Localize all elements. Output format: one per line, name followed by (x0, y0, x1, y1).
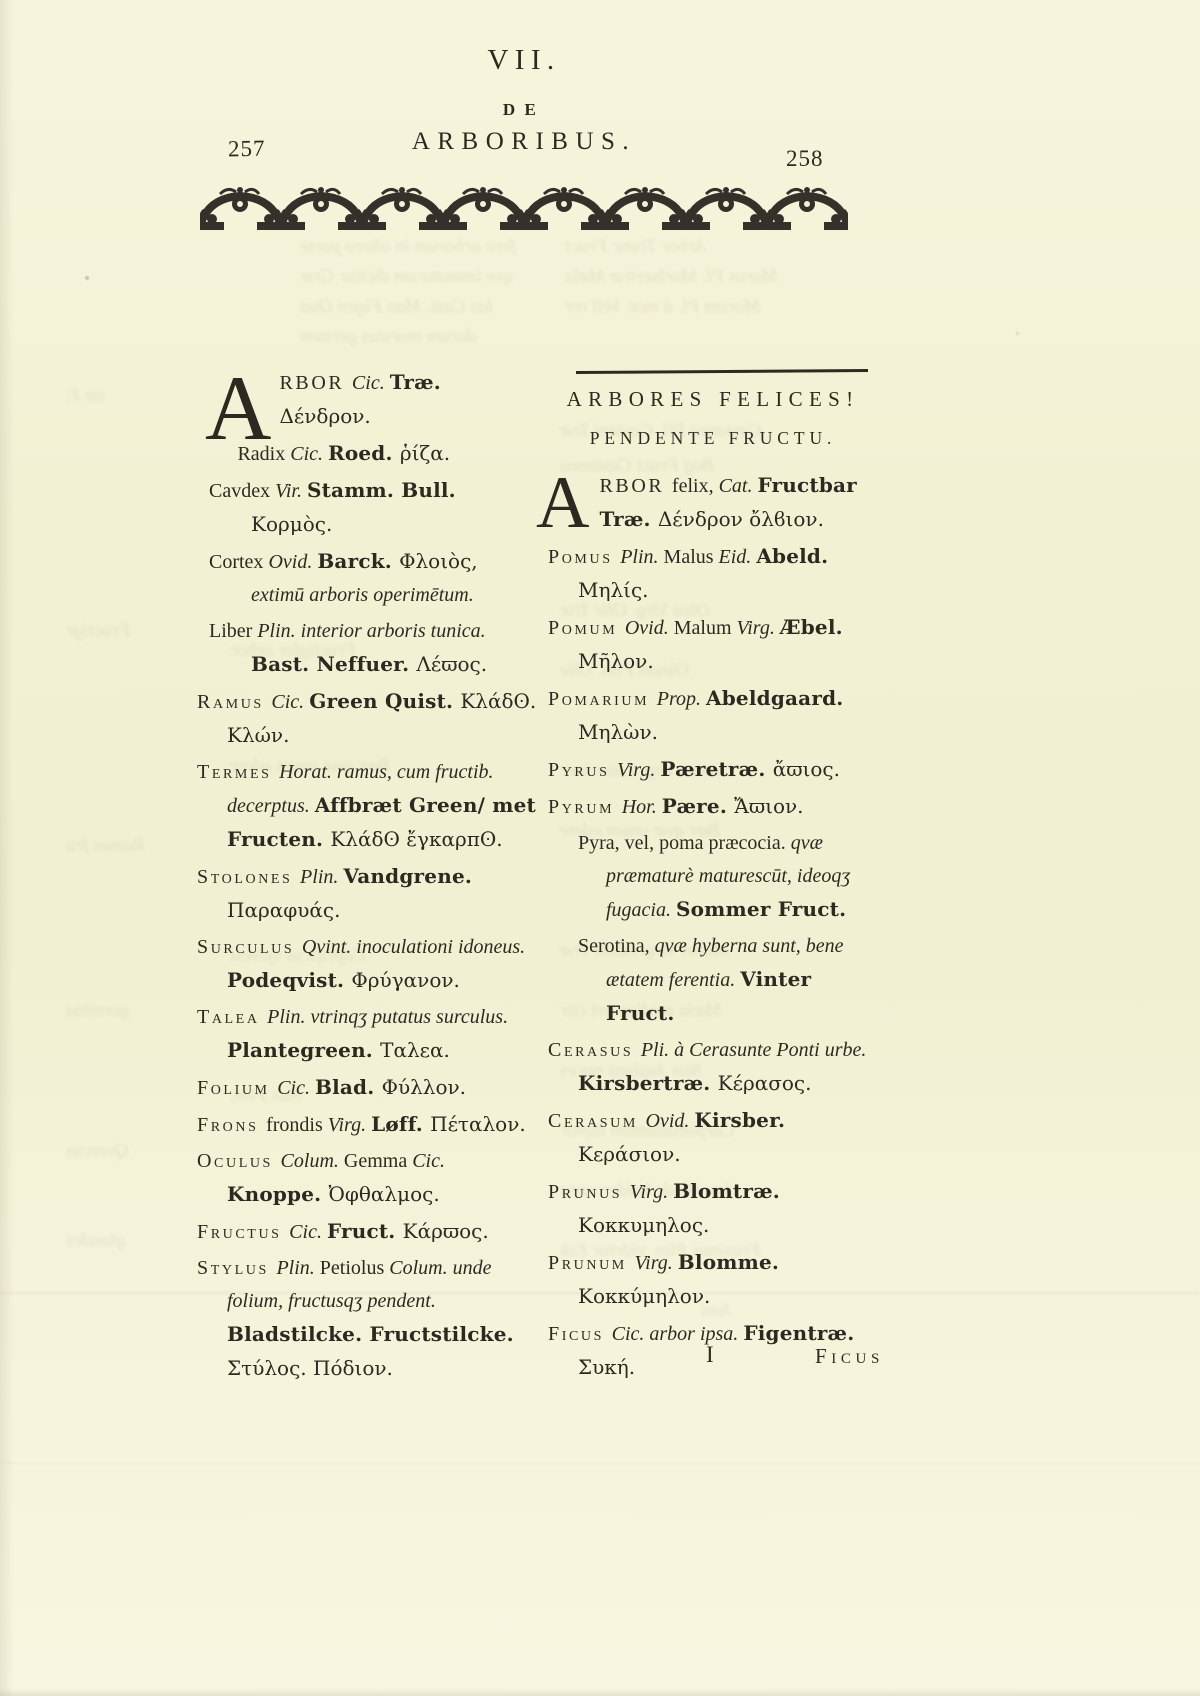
text-segment-it: Ovid. (646, 1110, 695, 1132)
headpiece-ornament (200, 186, 848, 230)
text-segment-fr: Kirsbertræ. (578, 1071, 718, 1095)
text-segment-it: Cic. (271, 691, 309, 713)
bleed-through-text: Ramus fru (66, 835, 145, 857)
text-segment-ro: Serotina, (578, 935, 655, 957)
text-segment-fr: Vandgrene. (343, 864, 472, 888)
text-segment-it: Cic. (289, 1221, 327, 1243)
drop-cap: A (205, 372, 271, 446)
bleed-through-text: qve immaturum dicitur Græ (300, 266, 513, 288)
text-segment-gk: Κλάδʘ ἔγκαρπʘ. (330, 827, 502, 851)
text-segment-fr: Blad. (315, 1075, 382, 1099)
text-segment-ro: Pyra, vel, poma præcocia. (578, 832, 791, 854)
text-segment-fr: Pæretræ. (660, 757, 772, 781)
book-page-scan: fero arborum in altera parteArbor Trunc … (0, 0, 1200, 1696)
dictionary-entry: Cortex Ovid. Barck. Φλοιὸς, extimū arbor… (209, 545, 537, 612)
dictionary-entry: Talea Plin. vtrinqʒ putatus surculus. Pl… (197, 1001, 537, 1068)
text-segment-fr: Sommer Fruct. (676, 897, 846, 921)
dictionary-entry: Stolones Plin. Vandgrene. Παραφυάς. (197, 860, 537, 928)
text-segment-it: Plin. (620, 546, 663, 568)
text-segment-it: Hor. (622, 796, 662, 818)
dictionary-entry: Pomarium Prop. Abeldgaard. Μηλὼν. (548, 682, 878, 750)
dictionary-entry: ARBOR Cic. Træ. Δένδρον. (197, 366, 537, 434)
bleed-through-text: Morus Pl. Morbærtræ Møla (565, 266, 778, 288)
text-segment-it: Cic. (277, 1077, 315, 1099)
text-segment-ro: frondis (266, 1114, 328, 1136)
text-segment-hw: Ficus (548, 1323, 612, 1345)
chapter-de: DE (200, 100, 848, 120)
left-edge-shadow (0, 0, 14, 1696)
text-segment-hw: Termes (197, 761, 279, 783)
bleed-through-text: las Cast. Man Figen Oua (300, 296, 493, 318)
text-segment-fr: Æbel. (780, 615, 843, 639)
text-segment-gk: Ἄϖιον. (734, 794, 803, 818)
text-segment-it: Virg. (634, 1252, 677, 1274)
dictionary-entry: Cavdex Vir. Stamm. Bull. Κορμὸς. (209, 474, 537, 542)
text-segment-caps: RBOR (599, 475, 671, 497)
text-segment-ro: Petiolus (320, 1257, 389, 1279)
text-segment-fr: Træ. (390, 370, 441, 394)
text-segment-fr: Green Quist. (309, 689, 460, 713)
text-segment-gk: Στύλος. Πόδιον. (227, 1356, 393, 1380)
text-segment-fr: Løff. (371, 1112, 430, 1136)
text-segment-caps: RBOR (279, 372, 351, 394)
text-segment-hw: Cerasum (548, 1110, 646, 1132)
signature-mark: I (706, 1342, 714, 1368)
text-segment-ro: Gemma (344, 1150, 412, 1172)
text-segment-hw: Folium (197, 1077, 277, 1099)
text-segment-it: Eid. (719, 546, 757, 568)
dictionary-entry: Pomum Ovid. Malum Virg. Æbel. Μῆλον. (548, 611, 878, 679)
text-segment-it: Cic. (412, 1150, 445, 1172)
dictionary-entry: Pyrum Hor. Pære. Ἄϖιον. (548, 790, 878, 824)
text-segment-hw: Prunum (548, 1252, 634, 1274)
text-segment-gk: Δένδρον. (279, 404, 370, 428)
dictionary-entry: Pyrus Virg. Pæretræ. ἄϖιος. (548, 753, 878, 787)
text-segment-gk: Μηλίς. (578, 578, 649, 602)
text-segment-it: Virg. (617, 759, 660, 781)
right-column: ARBORES FELICES! PENDENTE FRUCTU. ARBOR … (548, 366, 878, 1388)
chapter-numeral: VII. (200, 44, 848, 77)
dictionary-entry: Radix Cic. Roed. ῥίζα. (209, 437, 537, 471)
text-segment-hw: Surculus (197, 936, 302, 958)
text-segment-ro: Malum (674, 617, 737, 639)
dictionary-entry: Prunus Virg. Blomtræ. Κοκκυμηλος. (548, 1175, 878, 1243)
bleed-through-text: darum morstus germen (300, 326, 476, 348)
text-segment-hw: Frons (197, 1114, 266, 1136)
left-column-entries: ARBOR Cic. Træ. Δένδρον.Radix Cic. Roed.… (197, 366, 537, 1386)
text-segment-gk: Φρύγανον. (351, 968, 460, 992)
catchword: Ficus (815, 1344, 884, 1369)
text-segment-gk: Κεράσιον. (578, 1142, 681, 1166)
text-segment-ro: Cortex (209, 551, 268, 573)
dictionary-entry: Cerasum Ovid. Kirsber. Κεράσιον. (548, 1104, 878, 1172)
section-subheading: PENDENTE FRUCTU. (548, 422, 878, 455)
text-segment-gk: Ὀφθαλμος. (328, 1182, 439, 1206)
text-segment-gk: Κοκκυμηλος. (578, 1213, 709, 1237)
dictionary-entry: Pyra, vel, poma præcocia. qvæ præmaturè … (548, 827, 878, 927)
text-segment-fr: Kirsber. (694, 1108, 785, 1132)
text-segment-gk: Κέρασος. (718, 1071, 812, 1095)
text-segment-it: Plin. interior arboris tunica. (257, 620, 485, 642)
text-segment-fr: Blomtræ. (673, 1179, 780, 1203)
text-segment-fr: Plantegreen. (227, 1038, 380, 1062)
text-segment-hw: Talea (197, 1006, 267, 1028)
text-segment-it: Virg. (630, 1181, 673, 1203)
dictionary-entry: Fructus Cic. Fruct. Κάρϖος. (197, 1215, 537, 1249)
bleed-through-text: germina (66, 1000, 129, 1022)
text-segment-fr: Blomme. (678, 1250, 779, 1274)
text-segment-hw: Pomarium (548, 688, 657, 710)
text-segment-it: Cat. (719, 475, 758, 497)
text-segment-fr: Podeqvist. (227, 968, 351, 992)
dictionary-entry: Oculus Colum. Gemma Cic. Knoppe. Ὀφθαλμο… (197, 1145, 537, 1212)
scan-speck (85, 276, 89, 280)
text-segment-fr: Fruct. (327, 1219, 403, 1243)
text-segment-fr: Abeld. (756, 544, 828, 568)
text-segment-hw: Stolones (197, 866, 300, 888)
text-segment-gk: Κορμὸς. (251, 512, 332, 536)
text-segment-gk: Κάρϖος. (403, 1219, 489, 1243)
text-segment-fr: Bladstilcke. Fructstilcke. (227, 1322, 514, 1346)
bottom-edge-shadow (0, 1688, 1200, 1696)
dictionary-entry: Frons frondis Virg. Løff. Πέταλον. (197, 1108, 537, 1142)
text-segment-it: Plin. (300, 866, 343, 888)
text-segment-it: Pli. à Cerasunte Ponti urbe. (641, 1039, 867, 1061)
dictionary-entry: Stylus Plin. Petiolus Colum. unde folium… (197, 1252, 537, 1386)
text-segment-gk: Συκή. (578, 1355, 635, 1379)
text-segment-it: Ovid. (625, 617, 674, 639)
text-segment-fr: Barck. (317, 549, 399, 573)
section-heading: ARBORES FELICES! (548, 383, 878, 416)
drop-cap: A (536, 474, 589, 533)
dictionary-entry: Serotina, qvæ hyberna sunt, bene ætatem … (548, 930, 878, 1031)
text-segment-gk: ῥίζα. (400, 441, 450, 465)
bleed-through-text: Fructigr (66, 620, 130, 642)
dictionary-entry: Prunum Virg. Blomme. Κοκκύμηλον. (548, 1246, 878, 1314)
text-segment-fr: Roed. (328, 441, 400, 465)
text-segment-fr: Stamm. Bull. (307, 478, 456, 502)
right-column-entries: ARBOR felix, Cat. Fructbar Træ. Δένδρον … (548, 469, 878, 1385)
text-segment-hw: Oculus (197, 1150, 281, 1172)
text-segment-hw: Pomus (548, 546, 620, 568)
text-segment-gk: Κοκκύμηλον. (578, 1284, 710, 1308)
text-segment-gk: ἄϖιος. (773, 757, 840, 781)
dictionary-entry: ARBOR felix, Cat. Fructbar Træ. Δένδρον … (548, 469, 878, 537)
bleed-through-text: Morum Pl. å mor. Vell rer (565, 296, 760, 318)
text-segment-it: Qvint. inoculationi idoneus. (302, 936, 525, 958)
text-segment-it: Prop. (657, 688, 706, 710)
text-segment-gk: Ταλεα. (380, 1038, 450, 1062)
text-segment-hw: Stylus (197, 1257, 276, 1279)
dictionary-entry: Pomus Plin. Malus Eid. Abeld. Μηλίς. (548, 540, 878, 608)
text-segment-it: Cic. arbor ipsa. (612, 1323, 744, 1345)
text-segment-fr: Knoppe. (227, 1182, 328, 1206)
scan-speck (1016, 332, 1019, 335)
dictionary-entry: Liber Plin. interior arboris tunica. Bas… (209, 615, 537, 682)
text-segment-fr: Abeldgaard. (706, 686, 843, 710)
text-segment-it: Virg. (737, 617, 780, 639)
text-segment-hw: Pomum (548, 617, 625, 639)
text-segment-it: Ovid. (268, 551, 317, 573)
text-segment-it: Plin. vtrinqʒ putatus surculus. (267, 1006, 508, 1028)
text-segment-gk: Μῆλον. (578, 649, 654, 673)
text-segment-gk: Φύλλον. (382, 1075, 466, 1099)
text-segment-fr: Pære. (662, 794, 734, 818)
bleed-through-text: Qvercus (66, 1140, 129, 1162)
bleed-through-text: fero arborum in altera parte (300, 236, 516, 258)
text-segment-hw: Prunus (548, 1181, 630, 1203)
text-segment-hw: Pyrus (548, 759, 617, 781)
text-segment-it: Cic. (290, 443, 328, 465)
text-segment-it: Cic. (352, 372, 390, 394)
dictionary-entry: Cerasus Pli. à Cerasunte Ponti urbe. Kir… (548, 1034, 878, 1101)
bleed-through-text: ste F. (66, 385, 106, 407)
text-segment-ro: Cavdex (209, 480, 275, 502)
dictionary-entry: Surculus Qvint. inoculationi idoneus. Po… (197, 931, 537, 998)
text-segment-ro: Radix (237, 443, 290, 465)
text-segment-gk: Μηλὼν. (578, 720, 658, 744)
text-segment-gk: Παραφυάς. (227, 898, 340, 922)
dictionary-entry: Ramus Cic. Green Quist. Κλάδʘ. Κλών. (197, 685, 537, 753)
text-segment-it: Virg. (328, 1114, 371, 1136)
bleed-through-text: Arbor Trunc Fruct (565, 236, 706, 258)
section-rule (576, 369, 868, 374)
paper-crease (0, 1462, 1200, 1464)
text-segment-it: Colum. (281, 1150, 344, 1172)
text-segment-ro: felix, (672, 475, 719, 497)
text-segment-gk: Πέταλον. (430, 1112, 526, 1136)
text-segment-hw: Cerasus (548, 1039, 641, 1061)
chapter-title: ARBORIBUS. (200, 128, 848, 156)
text-segment-ro: Malus (664, 546, 719, 568)
dictionary-entry: Termes Horat. ramus, cum fructib. decerp… (197, 756, 537, 857)
text-segment-it: Vir. (275, 480, 307, 502)
text-segment-it: Plin. (276, 1257, 319, 1279)
text-segment-gk: Φλοιὸς, (399, 549, 478, 573)
text-segment-gk: Δένδρον ὄλϐιον. (658, 507, 824, 531)
text-segment-hw: Fructus (197, 1221, 289, 1243)
text-segment-gk: Λέϖος. (416, 652, 487, 676)
text-segment-ro: Liber (209, 620, 257, 642)
left-column: ARBOR Cic. Træ. Δένδρον.Radix Cic. Roed.… (197, 366, 537, 1389)
dictionary-entry: Folium Cic. Blad. Φύλλον. (197, 1071, 537, 1105)
text-segment-it: extimū arboris operimētum. (251, 584, 474, 606)
text-segment-hw: Ramus (197, 691, 271, 713)
text-segment-fr: Figentræ. (743, 1321, 854, 1345)
bleed-through-text: glandes (66, 1230, 125, 1252)
text-segment-hw: Pyrum (548, 796, 622, 818)
text-segment-fr: Bast. Neffuer. (251, 652, 416, 676)
